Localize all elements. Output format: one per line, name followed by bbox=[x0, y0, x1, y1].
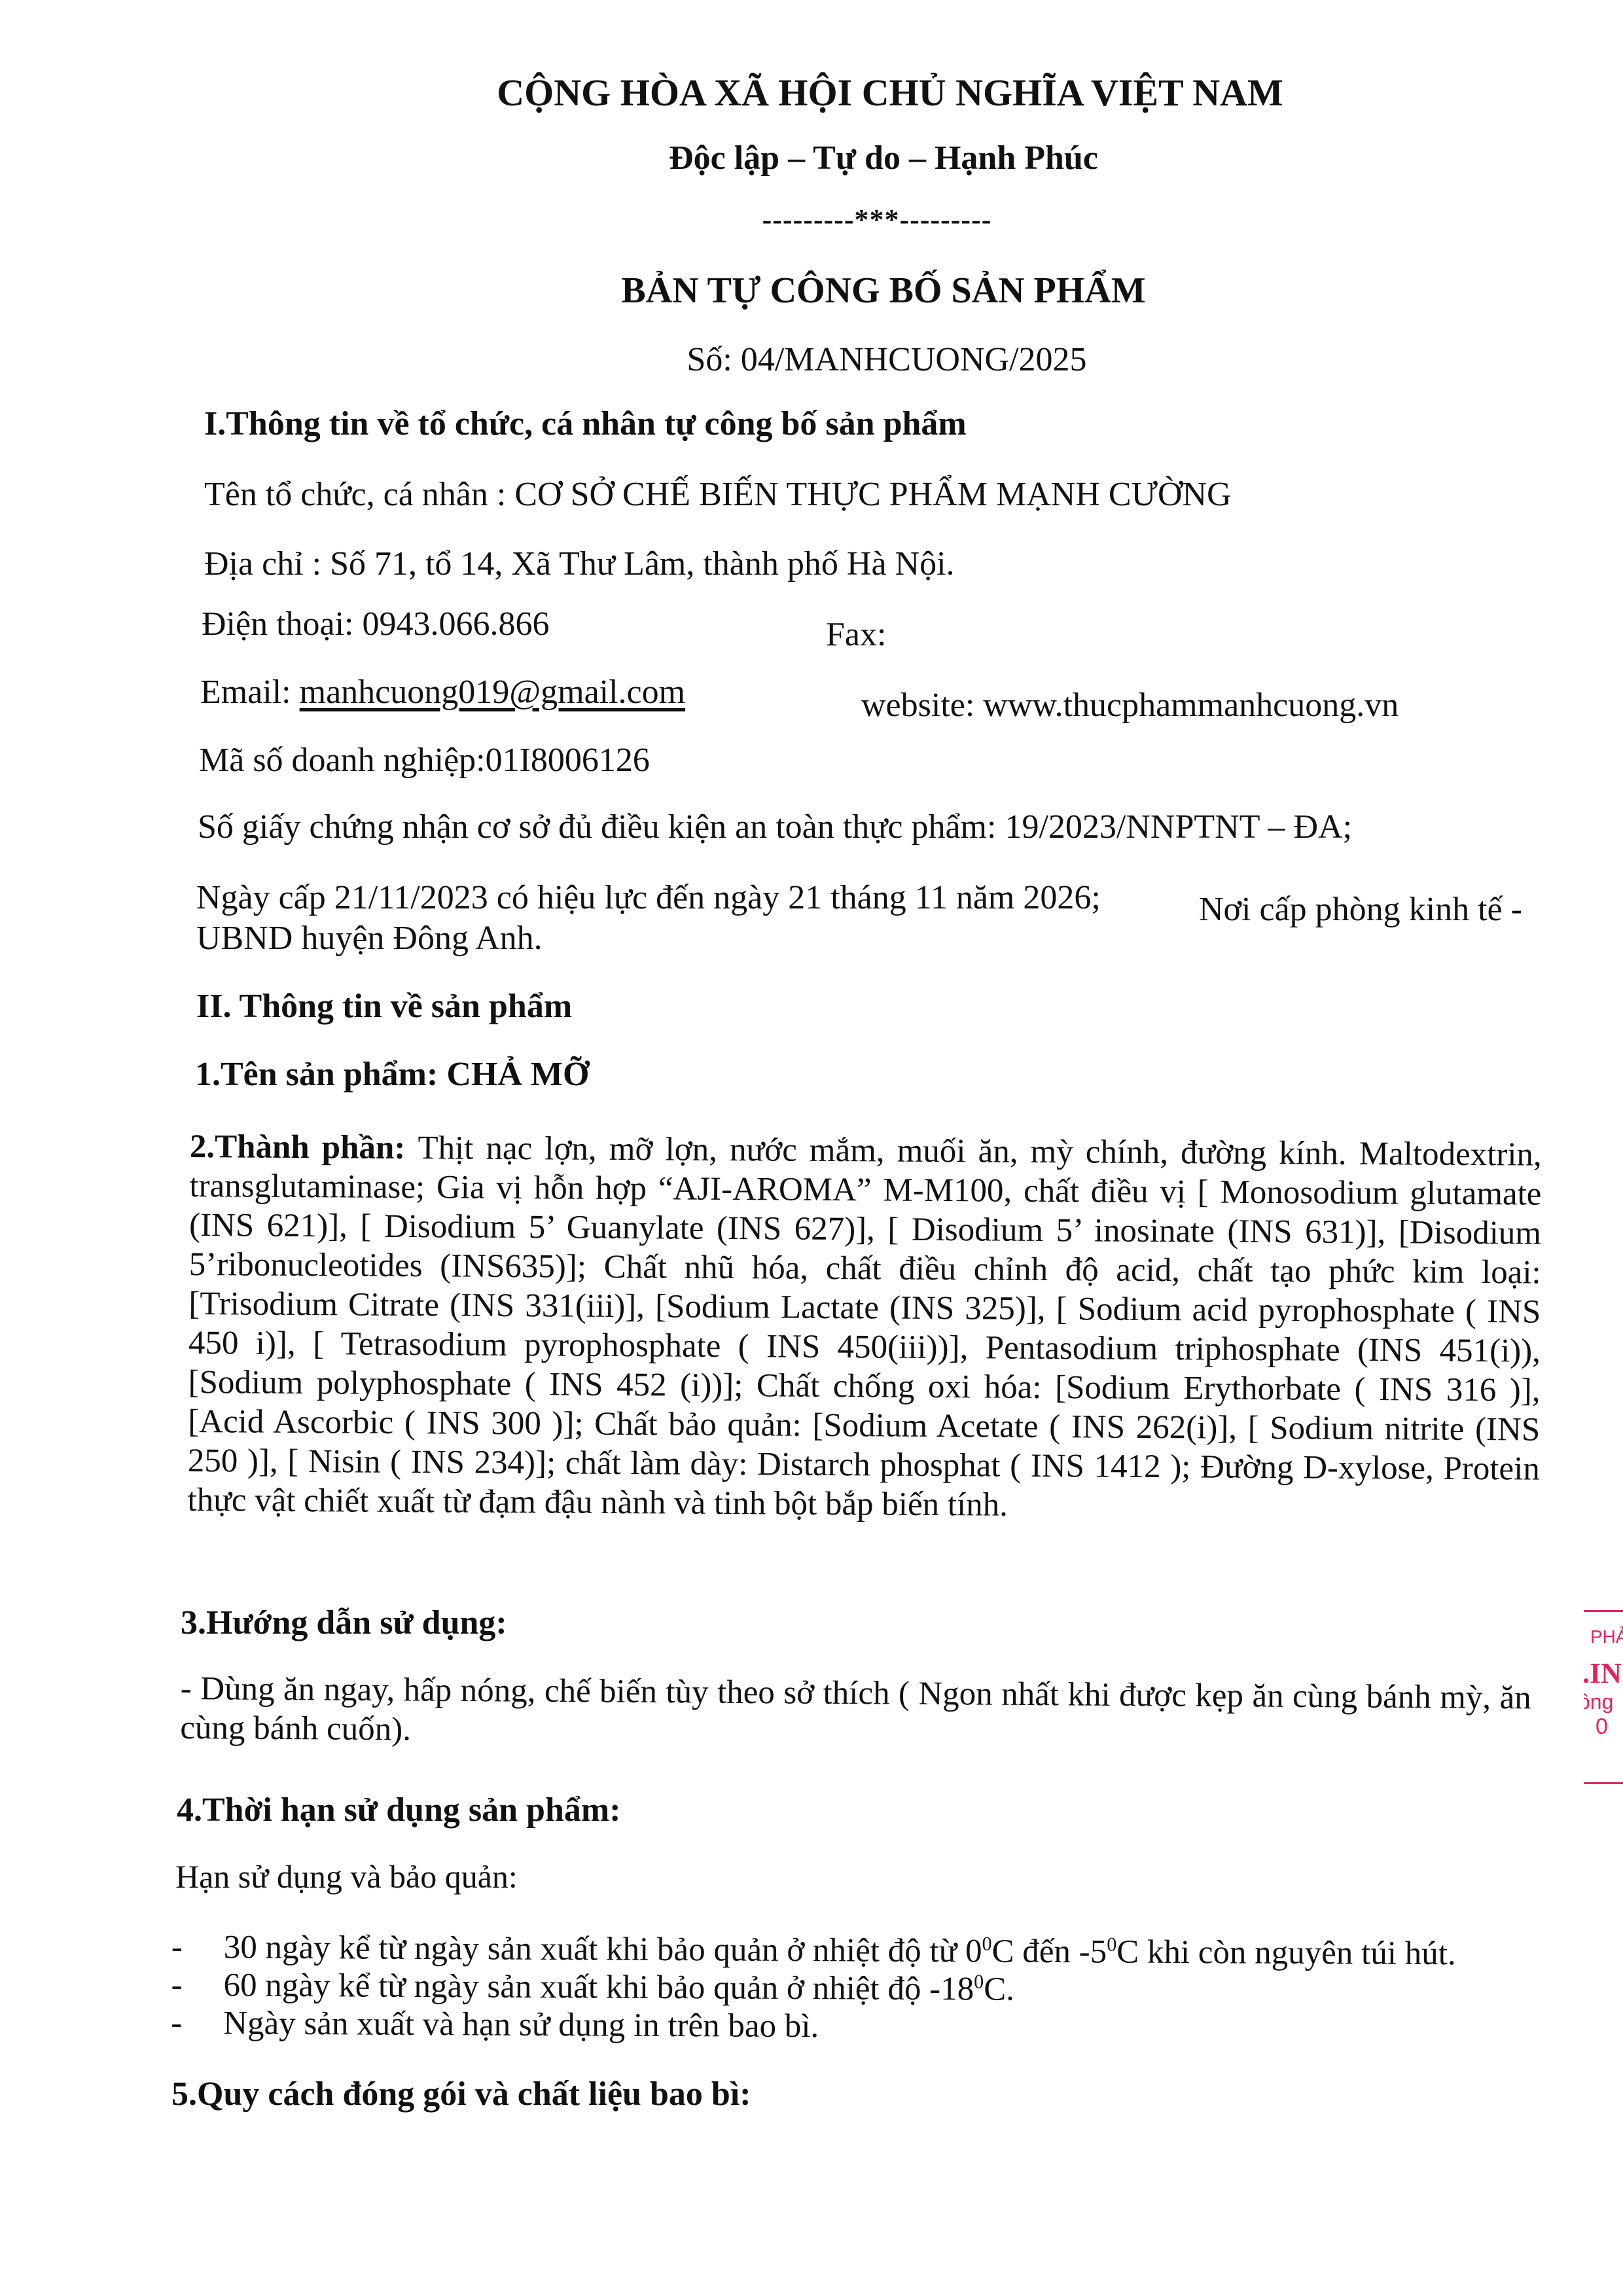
email-link[interactable]: manhcuong019@gmail.com bbox=[300, 673, 685, 711]
issuer-line: Nơi cấp phòng kinh tế - bbox=[1199, 890, 1522, 929]
fax-label: Fax: bbox=[826, 616, 886, 653]
product-name-line: 1.Tên sản phẩm: CHẢ MỠ bbox=[195, 1055, 589, 1094]
shelf-life-text-mid: C đến -5 bbox=[991, 1933, 1107, 1971]
shelf-life-text-sup1: 0 bbox=[982, 1933, 992, 1954]
certificate-line: Số giấy chứng nhận cơ sở đủ điều kiện an… bbox=[198, 808, 1352, 846]
org-name-label: Tên tổ chức, cá nhân : bbox=[204, 476, 514, 513]
shelf-life-text-post: C khi còn nguyên túi hút. bbox=[1116, 1934, 1456, 1973]
list-dash: - bbox=[171, 1966, 182, 2004]
national-motto: Độc lập – Tự do – Hạnh Phúc bbox=[669, 139, 1098, 177]
shelf-life-item: -Ngày sản xuất và hạn sử dụng in trên ba… bbox=[171, 2004, 1455, 2049]
shelf-life-text-sup2: 0 bbox=[1107, 1933, 1116, 1955]
shelf-life-text-pre: 30 ngày kể từ ngày sản xuất khi bảo quản… bbox=[224, 1929, 982, 1969]
shelf-life-text-pre: 60 ngày kể từ ngày sản xuất khi bảo quản… bbox=[223, 1967, 974, 2007]
stamp-text-line-3: ông bbox=[1584, 1690, 1623, 1714]
document-title: BẢN TỰ CÔNG BỐ SẢN PHẨM bbox=[621, 270, 1145, 312]
address-label: Địa chỉ : bbox=[204, 545, 330, 583]
national-title: CỘNG HÒA XÃ HỘI CHỦ NGHĨA VIỆT NAM bbox=[497, 71, 1283, 115]
issuer-line-cont: UBND huyện Đông Anh. bbox=[196, 919, 543, 958]
phone-line: Điện thoại: 0943.066.866 bbox=[202, 605, 550, 643]
business-code-line: Mã số doanh nghiệp:01I8006126 bbox=[199, 741, 650, 780]
usage-text: - Dùng ăn ngay, hấp nóng, chế biến tùy t… bbox=[180, 1669, 1531, 1757]
list-dash: - bbox=[171, 2004, 182, 2042]
website-link[interactable]: www.thucphammanhcuong.vn bbox=[983, 687, 1399, 724]
ingredients-label: 2.Thành phần: bbox=[190, 1128, 418, 1166]
shelf-life-item: -60 ngày kể từ ngày sản xuất khi bảo quả… bbox=[171, 1966, 1455, 2011]
business-code-label: Mã số doanh nghiệp: bbox=[199, 742, 486, 779]
org-name-value: CƠ SỞ CHẾ BIẾN THỰC PHẨM MẠNH CƯỜNG bbox=[514, 476, 1231, 513]
list-dash: - bbox=[171, 1928, 183, 1966]
shelf-life-text-mid: C. bbox=[984, 1971, 1014, 2008]
org-name-line: Tên tổ chức, cá nhân : CƠ SỞ CHẾ BIẾN TH… bbox=[204, 475, 1232, 514]
shelf-life-list: -30 ngày kể từ ngày sản xuất khi bảo quả… bbox=[171, 1928, 1456, 2049]
website-label: website: bbox=[861, 687, 983, 724]
business-code-value: 01I8006126 bbox=[486, 742, 650, 779]
certificate-number: 19/2023/NNPTNT – ĐA; bbox=[1005, 808, 1352, 846]
phone-value: 0943.066.866 bbox=[363, 605, 550, 643]
fax-line: Fax: bbox=[826, 615, 886, 654]
shelf-life-intro: Hạn sử dụng và bảo quản: bbox=[175, 1857, 518, 1895]
product-name-value: CHẢ MỠ bbox=[446, 1056, 589, 1093]
shelf-life-item: -30 ngày kể từ ngày sản xuất khi bảo quả… bbox=[171, 1928, 1456, 1973]
shelf-life-text-pre: Ngày sản xuất và hạn sử dụng in trên bao… bbox=[223, 2005, 819, 2045]
stamp-text-line-4: 0 bbox=[1596, 1714, 1623, 1740]
document-number: Số: 04/MANHCUONG/2025 bbox=[687, 340, 1086, 379]
packaging-heading: 5.Quy cách đóng gói và chất liệu bao bì: bbox=[171, 2075, 751, 2113]
shelf-life-text-sup1: 0 bbox=[974, 1971, 984, 1992]
email-label: Email: bbox=[200, 673, 300, 711]
shelf-life-heading: 4.Thời hạn sử dụng sản phẩm: bbox=[177, 1791, 621, 1829]
ingredients-paragraph: 2.Thành phần: Thịt nạc lợn, mỡ lợn, nước… bbox=[187, 1127, 1542, 1528]
document-page: CỘNG HÒA XÃ HỘI CHỦ NGHĨA VIỆT NAM Độc l… bbox=[0, 0, 1623, 2296]
stamp-text-line-1: PHẢ bbox=[1590, 1626, 1623, 1647]
usage-heading: 3.Hướng dẫn sử dụng: bbox=[181, 1604, 507, 1642]
header-separator: ---------***--------- bbox=[762, 203, 992, 236]
red-stamp: PHẢ .IN ông 0 bbox=[1584, 1610, 1623, 1784]
phone-label: Điện thoại: bbox=[202, 605, 363, 643]
address-line: Địa chỉ : Số 71, tổ 14, Xã Thư Lâm, thàn… bbox=[204, 545, 955, 583]
address-value: Số 71, tổ 14, Xã Thư Lâm, thành phố Hà N… bbox=[330, 545, 954, 583]
website-line: website: www.thucphammanhcuong.vn bbox=[861, 686, 1399, 725]
issue-date-line: Ngày cấp 21/11/2023 có hiệu lực đến ngày… bbox=[196, 878, 1101, 917]
stamp-text-line-2: .IN bbox=[1584, 1657, 1623, 1690]
section-1-heading: I.Thông tin về tổ chức, cá nhân tự công … bbox=[204, 404, 967, 443]
product-name-label: 1.Tên sản phẩm: bbox=[195, 1056, 446, 1093]
email-line: Email: manhcuong019@gmail.com bbox=[200, 673, 685, 711]
certificate-label: Số giấy chứng nhận cơ sở đủ điều kiện an… bbox=[198, 808, 1005, 846]
section-2-heading: II. Thông tin về sản phẩm bbox=[196, 987, 572, 1026]
ingredients-text: Thịt nạc lợn, mỡ lợn, nước mắm, muối ăn,… bbox=[187, 1130, 1542, 1524]
